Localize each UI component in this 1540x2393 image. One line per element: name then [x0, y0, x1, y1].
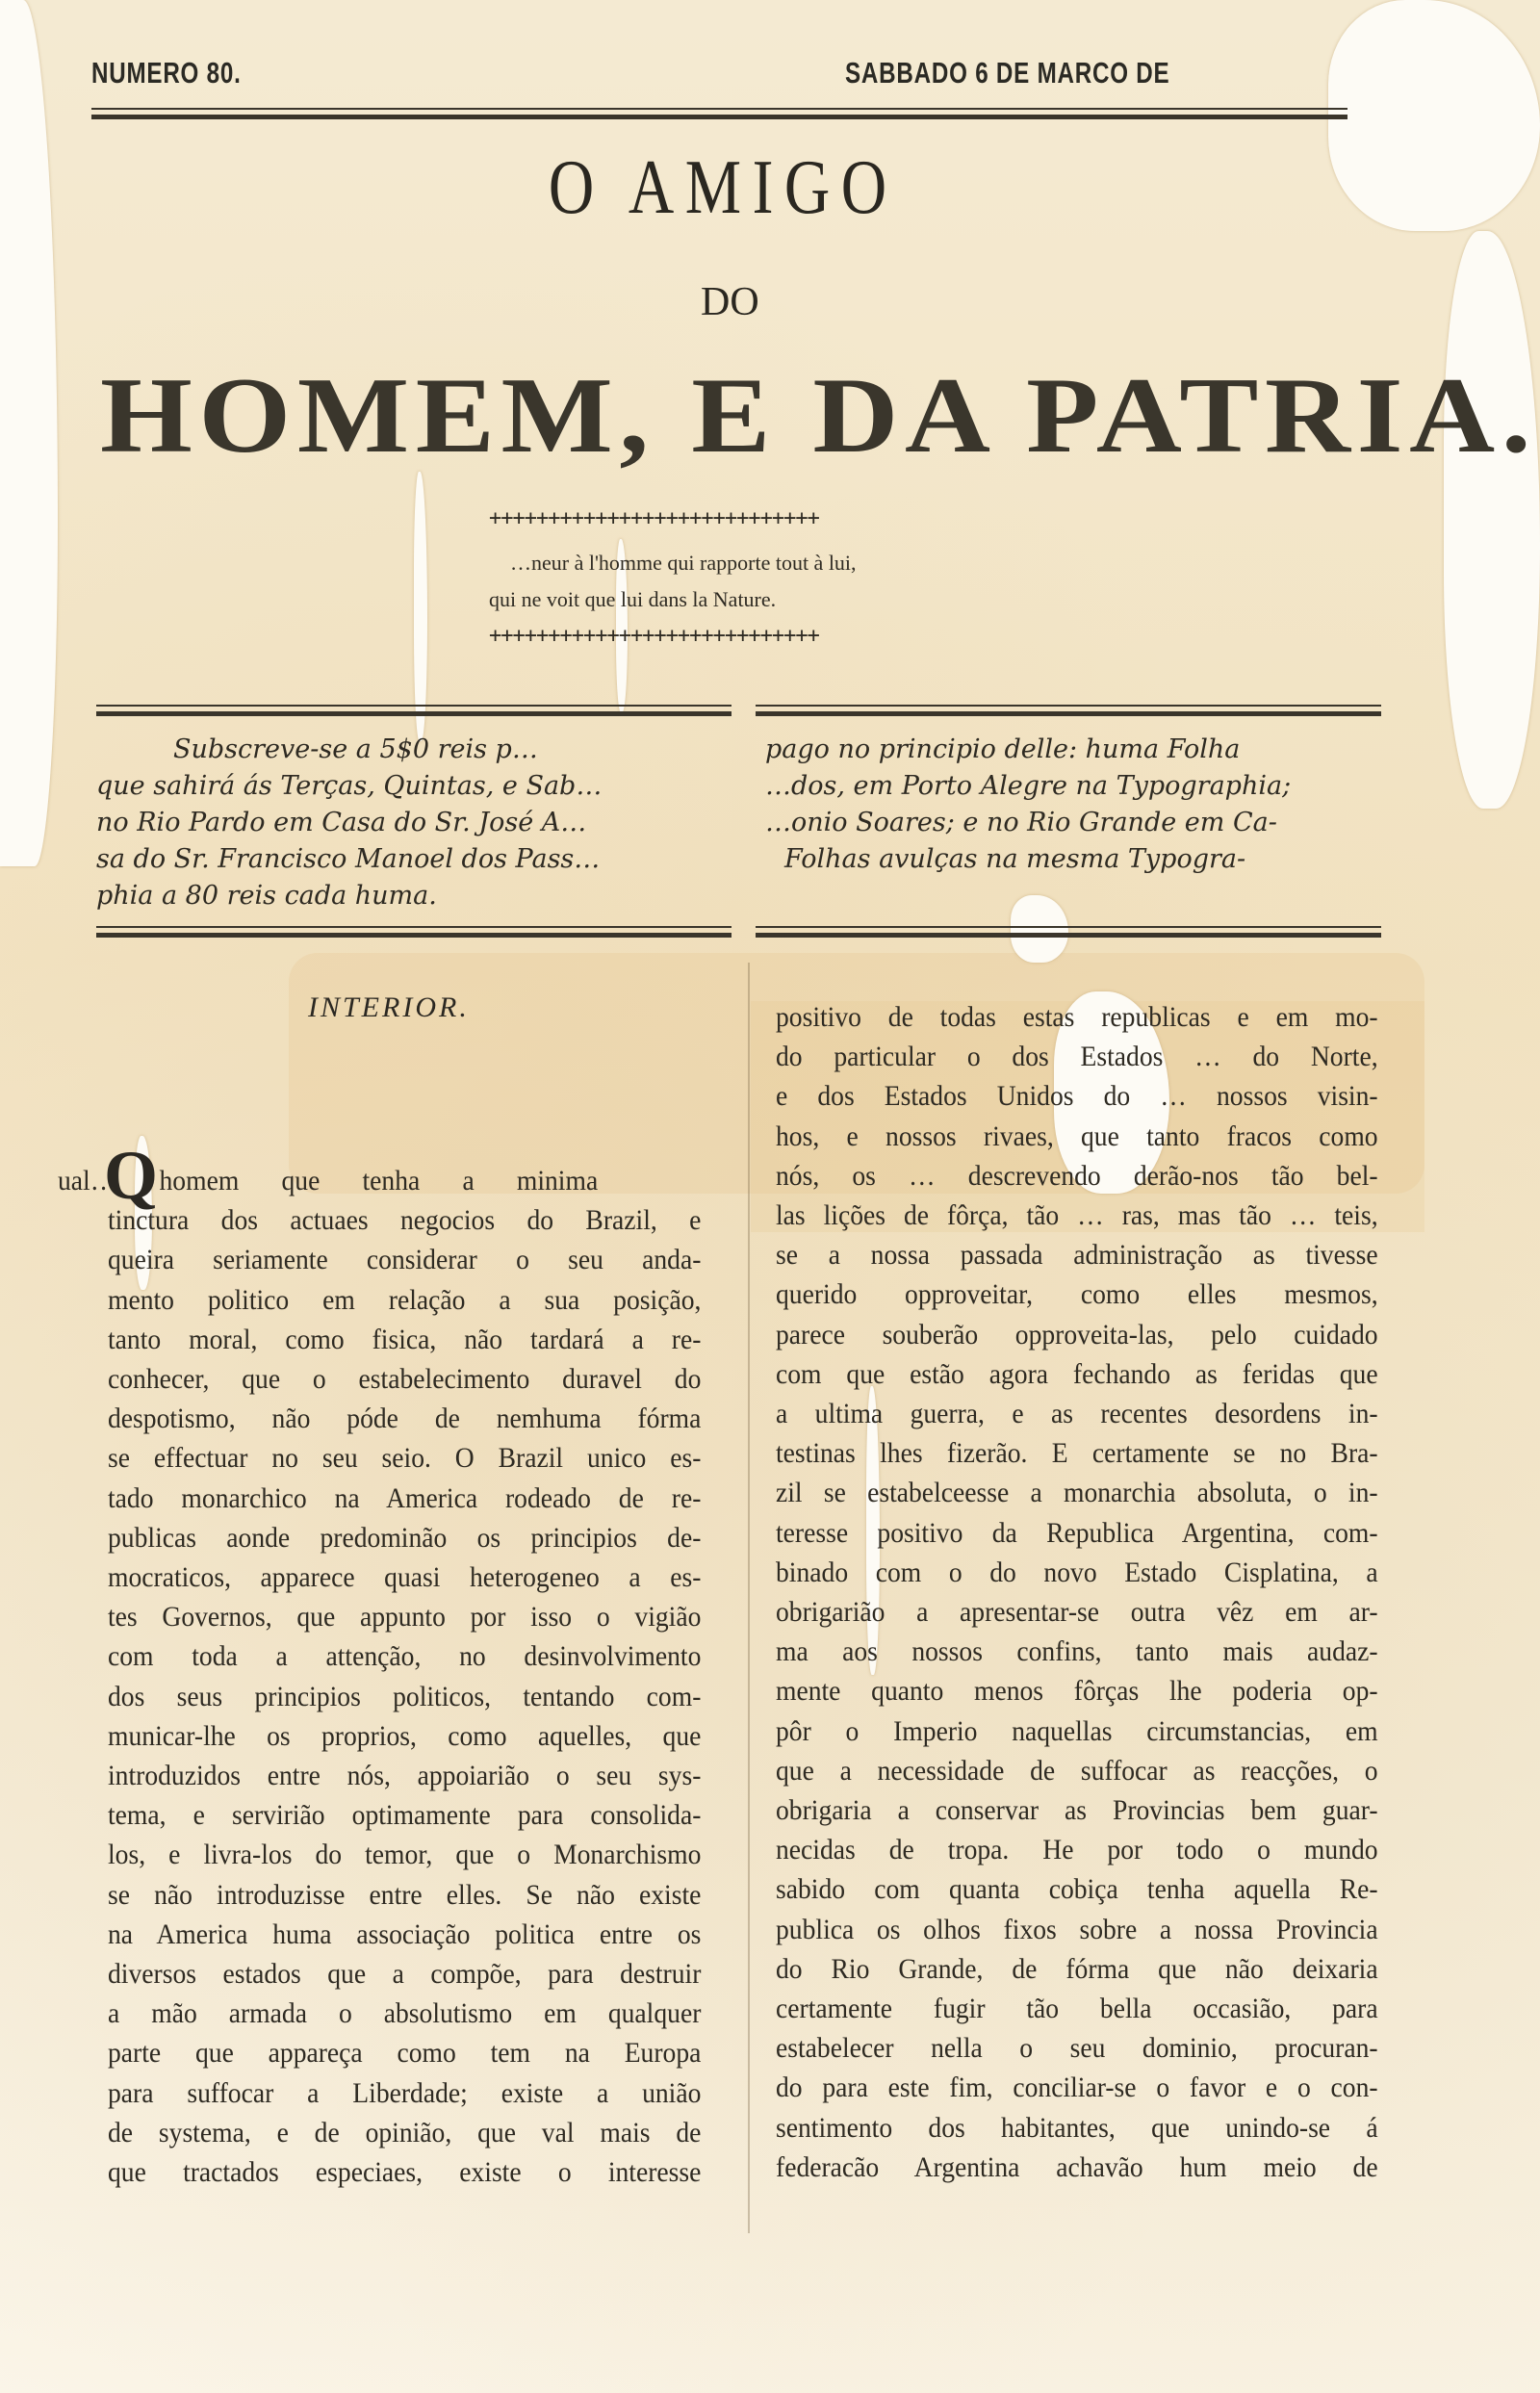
article-text-line: hos, e nossos rivaes, que tanto fracos c… — [776, 1120, 1378, 1153]
article-text-line: tanto moral, como fisica, não tardará a … — [108, 1324, 701, 1356]
article-text-line: tes Governos, que appunto por isso o vig… — [108, 1601, 701, 1634]
article-text-line: testinas lhes fizerão. E certamente se n… — [776, 1437, 1378, 1470]
article-text-line: com que estão agora fechando as feridas … — [776, 1358, 1378, 1391]
title-homem-patria: HOMEM, E DA PATRIA. — [100, 354, 1537, 478]
article-text-line: se não introduzisse entre elles. Se não … — [108, 1879, 701, 1912]
article-text-line: e dos Estados Unidos do … nossos visin- — [776, 1080, 1378, 1113]
masthead-rule — [91, 108, 1347, 121]
article-text-line: obrigaria a conservar as Provincias bem … — [776, 1794, 1378, 1827]
article-text-line: mento politico em relação a sua posição, — [108, 1284, 701, 1317]
article-text-line: tado monarchico na America rodeado de re… — [108, 1482, 701, 1515]
epigraph-line-1: …neur à l'homme qui rapporte tout à lui, — [510, 551, 857, 576]
article-text-line: diversos estados que a compõe, para dest… — [108, 1958, 701, 1991]
subscription-line: Subscreve-se a 5$0 reis p… — [96, 732, 602, 768]
title-do: DO — [701, 279, 759, 325]
article-text-line: nós, os … descrevendo derão-nos tão bel- — [776, 1160, 1378, 1193]
article-text-line: que a necessidade de suffocar as reacçõe… — [776, 1755, 1378, 1788]
subscription-line: sa do Sr. Francisco Manoel dos Pass… — [96, 841, 602, 878]
article-text-line: positivo de todas estas republicas e em … — [776, 1001, 1378, 1034]
article-text-line: necidas de tropa. He por todo o mundo — [776, 1834, 1378, 1866]
article-text-line: do particular o dos Estados … do Norte, — [776, 1041, 1378, 1073]
subscription-line: phia a 80 reis cada huma. — [96, 878, 602, 914]
article-text-line: parece souberão opproveita-las, pelo cui… — [776, 1319, 1378, 1351]
ornament-crosses-bottom: ++++++++++++++++++++++++++++ — [489, 624, 819, 648]
article-text-line: tema, e servirião optimamente para conso… — [108, 1799, 701, 1832]
subscription-rule-bottom-left — [96, 926, 731, 939]
article-text-line: sabido com quanta cobiça tenha aquella R… — [776, 1873, 1378, 1906]
article-text-line: sentimento dos habitantes, que unindo-se… — [776, 2112, 1378, 2145]
title-o-amigo: O AMIGO — [549, 144, 898, 232]
article-text-line: ual… homem que tenha a minima — [58, 1165, 598, 1197]
paper-tear — [1444, 231, 1540, 809]
article-text-line: na America huma associação politica entr… — [108, 1918, 701, 1951]
article-text-line: obrigarião a apresentar-se outra vêz em … — [776, 1596, 1378, 1629]
article-text-line: parte que appareça como tem na Europa — [108, 2037, 701, 2070]
subscription-line: …onio Soares; e no Rio Grande em Ca- — [765, 805, 1291, 841]
subscription-line: …dos, em Porto Alegre na Typographia; — [765, 768, 1291, 805]
article-text-line: despotismo, não póde de nemhuma fórma — [108, 1402, 701, 1435]
article-text-line: conhecer, que o estabelecimento duravel … — [108, 1363, 701, 1396]
article-text-line: a mão armada o absolutismo em qualquer — [108, 1997, 701, 2030]
article-text-line: a ultima guerra, e as recentes desordens… — [776, 1398, 1378, 1430]
newspaper-page: NUMERO 80. SABBADO 6 DE MARCO DE O AMIGO… — [0, 0, 1540, 2393]
epigraph-line-2: qui ne voit que lui dans la Nature. — [489, 587, 776, 612]
article-text-line: com toda a attenção, no desinvolvimento — [108, 1640, 701, 1673]
article-text-line: para suffocar a Liberdade; existe a uniã… — [108, 2077, 701, 2110]
subscription-line: Folhas avulças na mesma Typogra- — [765, 841, 1291, 878]
article-text-line: querido opproveitar, como elles mesmos, — [776, 1278, 1378, 1311]
article-text-line: tinctura dos actuaes negocios do Brazil,… — [108, 1204, 701, 1237]
column-divider — [748, 963, 750, 2233]
article-text-line: ma aos nossos confins, tanto mais audaz- — [776, 1635, 1378, 1668]
paper-tear — [1328, 0, 1540, 231]
paper-tear — [414, 472, 427, 741]
article-text-line: municar-lhe os proprios, como aquelles, … — [108, 1720, 701, 1753]
article-text-line: de systema, e de opinião, que val mais d… — [108, 2117, 701, 2149]
ornament-crosses-top: ++++++++++++++++++++++++++++ — [489, 506, 819, 530]
subscription-line: no Rio Pardo em Casa do Sr. José A… — [96, 805, 602, 841]
article-text-line: mocraticos, apparece quasi heterogeneo a… — [108, 1561, 701, 1594]
article-text-line: las lições de fôrça, tão … ras, mas tão … — [776, 1199, 1378, 1232]
article-text-line: pôr o Imperio naquellas circumstancias, … — [776, 1715, 1378, 1748]
subscription-rule-top-left — [96, 705, 731, 718]
article-text-line: binado com o do novo Estado Cisplatina, … — [776, 1557, 1378, 1589]
article-text-line: do para este fim, conciliar-se o favor e… — [776, 2071, 1378, 2104]
article-text-line: publica os olhos fixos sobre a nossa Pro… — [776, 1914, 1378, 1946]
section-title-interior: INTERIOR. — [308, 991, 470, 1024]
article-text-line: do Rio Grande, de fórma que não deixaria — [776, 1953, 1378, 1986]
article-text-line: los, e livra-los do temor, que o Monarch… — [108, 1839, 701, 1871]
issue-number: NUMERO 80. — [91, 56, 242, 90]
subscription-line: que sahirá ás Terças, Quintas, e Sab… — [96, 768, 602, 805]
subscription-rule-bottom-right — [756, 926, 1381, 939]
article-text-line: introduzidos entre nós, appoiarião o seu… — [108, 1760, 701, 1792]
subscription-left: Subscreve-se a 5$0 reis p… que sahirá ás… — [96, 732, 602, 914]
subscription-right: pago no principio delle: huma Folha …dos… — [765, 732, 1291, 878]
article-text-line: zil se estabelceesse a monarchia absolut… — [776, 1477, 1378, 1509]
article-text-line: queira seriamente considerar o seu anda- — [108, 1244, 701, 1276]
article-text-line: certamente fugir tão bella occasião, par… — [776, 1993, 1378, 2025]
article-text-line: teresse positivo da Republica Argentina,… — [776, 1517, 1378, 1550]
article-text-line: que tractados especiaes, existe o intere… — [108, 2156, 701, 2189]
article-text-line: estabelecer nella o seu dominio, procura… — [776, 2032, 1378, 2065]
article-text-line: mente quanto menos fôrças lhe poderia op… — [776, 1675, 1378, 1708]
article-text-line: dos seus principios politicos, tentando … — [108, 1681, 701, 1713]
article-text-line: se effectuar no seu seio. O Brazil unico… — [108, 1442, 701, 1475]
issue-date: SABBADO 6 DE MARCO DE — [845, 56, 1169, 90]
subscription-rule-top-right — [756, 705, 1381, 718]
article-text-line: publicas aonde predominão os principios … — [108, 1522, 701, 1555]
subscription-line: pago no principio delle: huma Folha — [765, 732, 1291, 768]
article-text-line: se a nossa passada administração as tive… — [776, 1239, 1378, 1272]
article-text-line: federacão Argentina achavão hum meio de — [776, 2151, 1378, 2184]
paper-tear — [0, 0, 58, 866]
